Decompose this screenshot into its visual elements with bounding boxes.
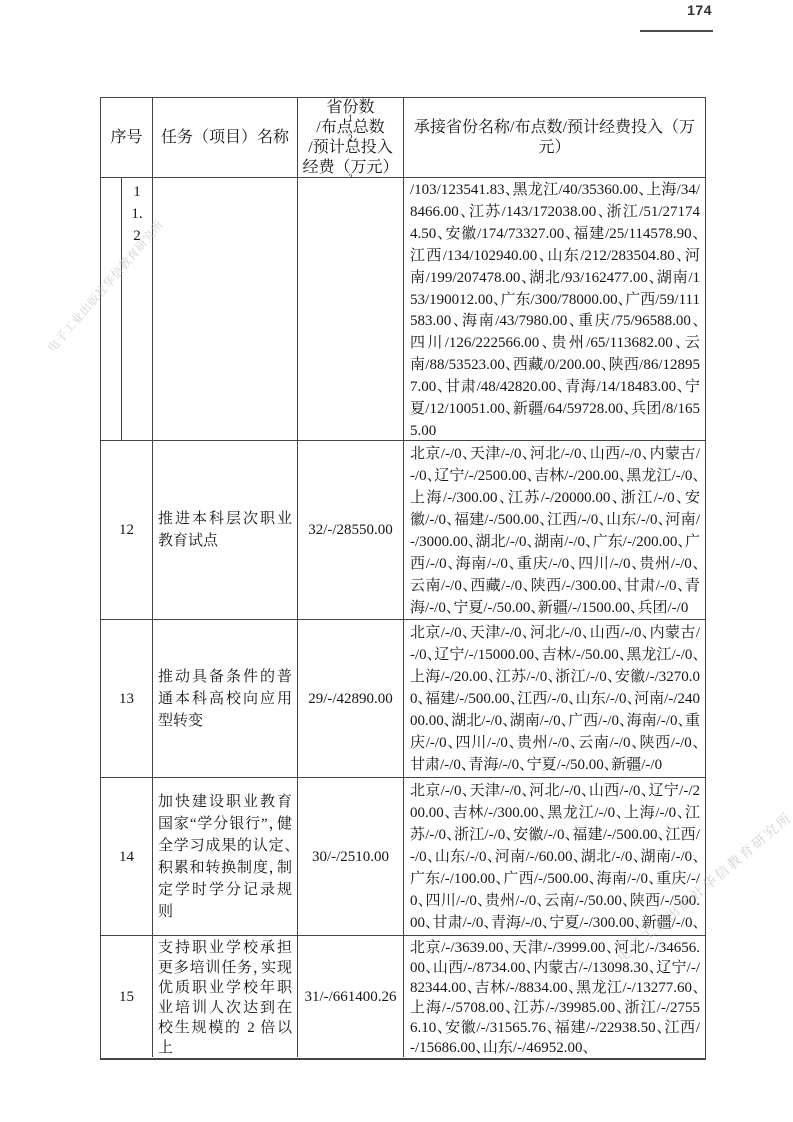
- table-row-continued: 1 1. 2 /103/123541.83、黑龙江/40/35360.00、上海…: [101, 177, 705, 440]
- seq-number: 13: [101, 620, 152, 777]
- header-detail: 承接省份名称/布点数/预计经费投入（万元）: [403, 98, 705, 177]
- task-cell: 推进本科层次职业教育试点: [152, 441, 297, 619]
- seq-number: 14: [101, 778, 152, 935]
- funding-table: 序号 任务（项目）名称 省份数1/布点总数2/预计总投入经费（万元）3 承接省份…: [100, 97, 706, 1060]
- task-cell-empty: [152, 178, 297, 440]
- summary-cell: 29/-/42890.00: [297, 620, 403, 777]
- seq-number: 1 1. 2: [122, 178, 152, 440]
- table-row-15: 15 支持职业学校承担更多培训任务，实现优质职业学校年职业培训人次达到在校生规模…: [101, 935, 705, 1057]
- table-row-12: 12 推进本科层次职业教育试点 32/-/28550.00 北京/-/0、天津/…: [101, 440, 705, 619]
- page-number: 174: [687, 2, 712, 18]
- summary-cell: 32/-/28550.00: [297, 441, 403, 619]
- detail-cell: 北京/-/3639.00、天津/-/3999.00、河北/-/34656.00、…: [403, 936, 705, 1057]
- summary-cell: 31/-/661400.26: [297, 936, 403, 1057]
- table-row-14: 14 加快建设职业教育国家“学分银行”，健全学习成果的认定、积累和转换制度，制定…: [101, 777, 705, 935]
- seq-line: 2: [122, 225, 152, 247]
- page-header-rule: [640, 30, 713, 32]
- summary-cell-empty: [297, 178, 403, 440]
- detail-cell: 北京/-/0、天津/-/0、河北/-/0、山西/-/0、内蒙古/-/0、辽宁/-…: [403, 620, 705, 777]
- seq-line: 1: [122, 181, 152, 203]
- document-page: { "page": { "number": "174" }, "watermar…: [0, 0, 793, 1122]
- seq-number: 15: [101, 936, 152, 1057]
- task-cell: 加快建设职业教育国家“学分银行”，健全学习成果的认定、积累和转换制度，制定学时学…: [152, 778, 297, 935]
- seq-number: 12: [101, 441, 152, 619]
- table-row-13: 13 推动具备条件的普通本科高校向应用型转变 29/-/42890.00 北京/…: [101, 619, 705, 777]
- table-header-row: 序号 任务（项目）名称 省份数1/布点总数2/预计总投入经费（万元）3 承接省份…: [101, 98, 705, 177]
- header-summary-part: /预计总投入经费（万元）: [302, 138, 399, 178]
- header-task-name: 任务（项目）名称: [152, 98, 297, 177]
- header-summary: 省份数1/布点总数2/预计总投入经费（万元）3: [297, 98, 403, 177]
- task-cell: 推动具备条件的普通本科高校向应用型转变: [152, 620, 297, 777]
- detail-cell: 北京/-/0、天津/-/0、河北/-/0、山西/-/0、辽宁/-/200.00、…: [403, 778, 705, 935]
- header-seq: 序号: [101, 98, 152, 177]
- seq-cell: 1 1. 2: [101, 178, 152, 440]
- summary-cell: 30/-/2510.00: [297, 778, 403, 935]
- seq-line: 1.: [122, 203, 152, 225]
- detail-cell: 北京/-/0、天津/-/0、河北/-/0、山西/-/0、内蒙古/-/0、辽宁/-…: [403, 441, 705, 619]
- task-cell: 支持职业学校承担更多培训任务，实现优质职业学校年职业培训人次达到在校生规模的 2…: [152, 936, 297, 1057]
- detail-cell: /103/123541.83、黑龙江/40/35360.00、上海/34/846…: [403, 178, 705, 440]
- seq-subcell-divider: [101, 178, 122, 440]
